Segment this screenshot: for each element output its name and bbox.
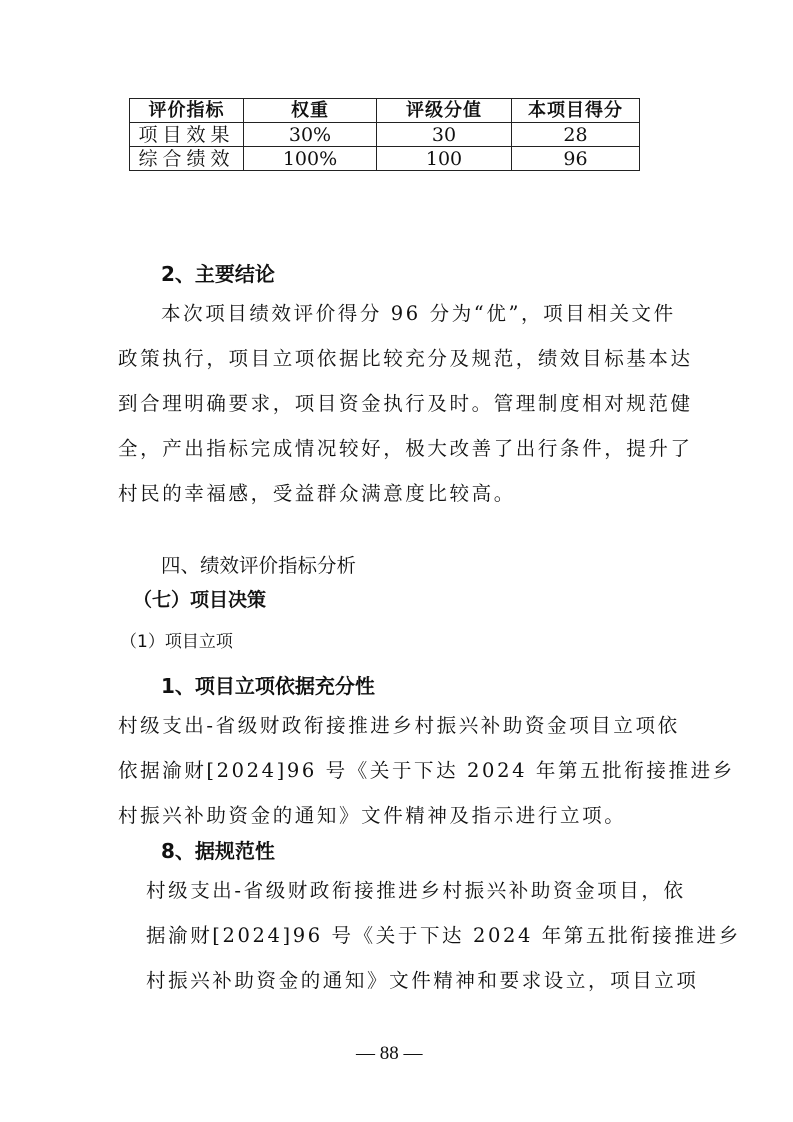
score-table: 评价指标 权重 评级分值 本项目得分 项目效果 30% 30 28 综合绩效 1…	[129, 98, 640, 171]
paragraph-line: 全，产出指标完成情况较好，极大改善了出行条件，提升了	[118, 433, 693, 461]
item-heading: 1、项目立项依据充分性	[161, 670, 375, 699]
subsection-heading: （七）项目决策	[133, 585, 266, 612]
table-cell: 100	[377, 147, 512, 171]
paragraph-line: 到合理明确要求，项目资金执行及时。管理制度相对规范健	[118, 388, 693, 416]
paragraph-line: 本次项目绩效评价得分 96 分为“优”，项目相关文件	[161, 298, 676, 326]
table-cell: 28	[512, 123, 640, 147]
subsubsection-heading: （1）项目立项	[120, 627, 233, 652]
paragraph-line: 政策执行，项目立项依据比较充分及规范，绩效目标基本达	[118, 343, 693, 371]
table-cell: 30	[377, 123, 512, 147]
paragraph-line: 村民的幸福感，受益群众满意度比较高。	[118, 478, 516, 506]
section-heading: 四、绩效评价指标分析	[161, 550, 356, 578]
page-number: — 88 —	[356, 1043, 423, 1065]
paragraph-line: 村振兴补助资金的通知》文件精神和要求设立，项目立项	[146, 965, 699, 993]
table-cell: 30%	[244, 123, 377, 147]
table-cell: 100%	[244, 147, 377, 171]
item-heading: 8、据规范性	[161, 835, 275, 864]
paragraph-line: 村振兴补助资金的通知》文件精神及指示进行立项。	[118, 800, 626, 828]
table-header: 权重	[244, 99, 377, 123]
table-cell: 96	[512, 147, 640, 171]
table-row: 综合绩效 100% 100 96	[130, 147, 640, 171]
paragraph-line: 据渝财[2024]96 号《关于下达 2024 年第五批衔接推进乡	[146, 920, 741, 948]
table-header: 评价指标	[130, 99, 244, 123]
paragraph-line: 依据渝财[2024]96 号《关于下达 2024 年第五批衔接推进乡	[118, 755, 735, 783]
table-row: 项目效果 30% 30 28	[130, 123, 640, 147]
table-cell: 综合绩效	[130, 147, 244, 171]
table-header-row: 评价指标 权重 评级分值 本项目得分	[130, 99, 640, 123]
table-header: 评级分值	[377, 99, 512, 123]
table-cell: 项目效果	[130, 123, 244, 147]
paragraph-line: 村级支出-省级财政衔接推进乡村振兴补助资金项目立项依	[118, 710, 680, 738]
table-header: 本项目得分	[512, 99, 640, 123]
conclusion-heading: 2、主要结论	[161, 258, 275, 287]
paragraph-line: 村级支出-省级财政衔接推进乡村振兴补助资金项目，依	[146, 875, 686, 903]
